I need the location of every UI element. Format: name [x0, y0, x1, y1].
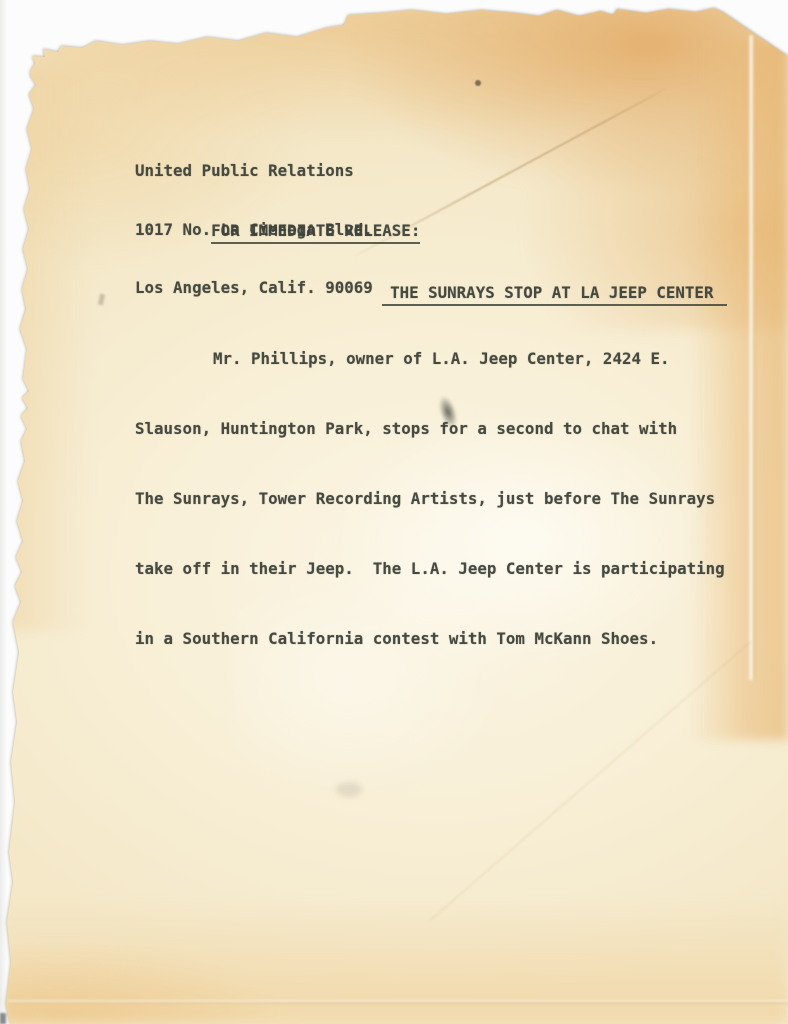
stain-bottom-band [0, 900, 788, 1024]
crease-vertical-right [748, 35, 755, 680]
body-paragraph: Mr. Phillips, owner of L.A. Jeep Center,… [135, 305, 725, 693]
letterhead-line-1: United Public Relations [135, 161, 373, 181]
body-line-2: Slauson, Huntington Park, stops for a se… [135, 413, 725, 445]
margin-mark [98, 294, 105, 306]
body-line-5: in a Southern California contest with To… [135, 623, 725, 655]
body-line-4: take off in their Jeep. The L.A. Jeep Ce… [135, 553, 725, 585]
body-line-1: Mr. Phillips, owner of L.A. Jeep Center,… [135, 343, 725, 375]
scanned-page: United Public Relations 1017 No. La Cien… [0, 0, 788, 1024]
stain-left-band [0, 70, 90, 630]
paper-sheet: United Public Relations 1017 No. La Cien… [0, 0, 788, 1024]
body-line-3: The Sunrays, Tower Recording Artists, ju… [135, 483, 725, 515]
faint-smudge [336, 782, 362, 797]
release-line: FOR IMMEDIATE RELEASE: [135, 202, 420, 259]
headline-text: THE SUNRAYS STOP AT LA JEEP CENTER [382, 283, 727, 306]
ink-speck [475, 80, 481, 86]
fold-line-bottom [8, 1000, 788, 1004]
release-line-text: FOR IMMEDIATE RELEASE: [211, 221, 420, 244]
paper-shadow: United Public Relations 1017 No. La Cien… [0, 0, 788, 1024]
